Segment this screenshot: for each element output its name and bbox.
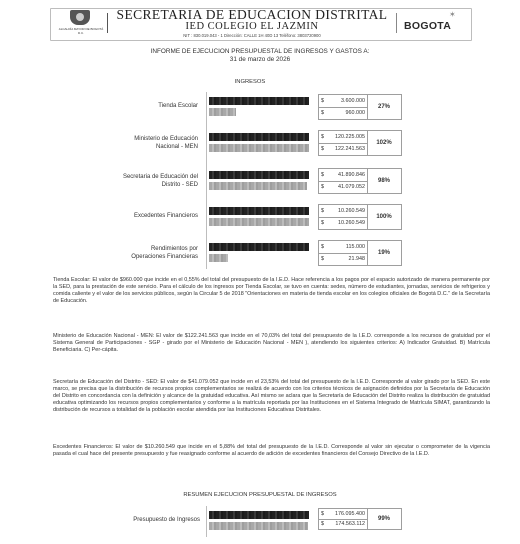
value-table: $115.000$21.94819% (318, 240, 402, 266)
executed-amount: 174.563.112 (335, 521, 365, 527)
currency-symbol: $ (321, 172, 324, 178)
value-table: $10.260.549$10.260.549100% (318, 204, 402, 230)
currency-symbol: $ (321, 110, 324, 116)
coat-of-arms-icon: ALCALDÍA MAYOR DE BOGOTÁ D.C. (56, 9, 106, 37)
executed-bar (209, 108, 236, 116)
category-label: Presupuesto de Ingresos (70, 516, 200, 524)
executed-amount: 960.000 (346, 110, 366, 116)
institution-info: NIT : 830.019.043 - 1 Dirección: CALLE 1… (110, 33, 394, 38)
currency-symbol: $ (321, 521, 324, 527)
budget-value: $3.600.000 (319, 95, 367, 107)
budget-bar (209, 243, 309, 251)
budget-bar (209, 97, 309, 105)
category-label: Excedentes Financieros (68, 212, 198, 220)
executed-value: $174.563.112 (319, 520, 367, 530)
header-divider (396, 13, 397, 33)
chart-axis (206, 92, 207, 269)
executed-bar (209, 254, 228, 262)
executed-bar (209, 218, 309, 226)
budget-bar (209, 511, 309, 519)
category-label: Tienda Escolar (68, 102, 198, 110)
currency-symbol: $ (321, 184, 324, 190)
currency-symbol: $ (321, 511, 324, 517)
category-label: Secretaria de Educación delDistrito - SE… (68, 173, 198, 189)
execution-percent: 102% (368, 131, 400, 155)
report-title: INFORME DE EJECUCION PRESUPUESTAL DE ING… (120, 48, 400, 55)
budget-amount: 120.225.005 (335, 134, 365, 140)
header-divider (107, 13, 108, 33)
budget-amount: 176.095.400 (335, 511, 365, 517)
paragraph-men: Ministerio de Educación Nacional - MEN: … (53, 333, 490, 354)
executed-bar (209, 144, 309, 152)
value-table: $176.095.400$174.563.11299% (318, 508, 402, 530)
value-table: $41.890.846$41.079.05298% (318, 168, 402, 194)
chart-title: INGRESOS (200, 79, 300, 85)
executed-value: $10.260.549 (319, 218, 367, 230)
executed-amount: 122.241.563 (335, 146, 365, 152)
executed-amount: 41.079.052 (338, 184, 365, 190)
currency-symbol: $ (321, 220, 324, 226)
execution-percent: 100% (368, 205, 400, 229)
category-label: Rendimientos porOperaciones Financieras (68, 245, 198, 261)
currency-symbol: $ (321, 134, 324, 140)
budget-amount: 3.600.000 (341, 98, 365, 104)
executed-bar (209, 182, 307, 190)
executed-value: $41.079.052 (319, 182, 367, 194)
bogota-logo: BOGOTA (404, 20, 451, 32)
school-name: IED COLEGIO EL JAZMIN (110, 21, 394, 32)
executed-value: $960.000 (319, 108, 367, 120)
executed-amount: 21.948 (349, 256, 366, 262)
paragraph-tienda-escolar: Tienda Escolar: El valor de $960.000 que… (53, 277, 490, 305)
executed-value: $122.241.563 (319, 144, 367, 156)
budget-bar (209, 133, 309, 141)
budget-amount: 115.000 (346, 244, 365, 250)
budget-value: $176.095.400 (319, 509, 367, 519)
paragraph-sed: Secretaría de Educación del Distrito - S… (53, 379, 490, 414)
chart-axis (206, 506, 207, 537)
budget-value: $115.000 (319, 241, 367, 253)
budget-amount: 41.890.846 (338, 172, 365, 178)
executed-amount: 10.260.549 (338, 220, 365, 226)
budget-value: $41.890.846 (319, 169, 367, 181)
budget-amount: 10.260.549 (338, 208, 365, 214)
currency-symbol: $ (321, 208, 324, 214)
execution-percent: 99% (368, 509, 400, 529)
paragraph-excedentes: Excedentes Financieros: El valor de $10.… (53, 444, 490, 458)
budget-value: $10.260.549 (319, 205, 367, 217)
category-label: Ministerio de EducaciónNacional - MEN (68, 135, 198, 151)
bogota-star-icon: ✶ (449, 10, 456, 19)
execution-percent: 98% (368, 169, 400, 193)
currency-symbol: $ (321, 146, 324, 152)
summary-chart-title: RESUMEN EJECUCION PRESUPUESTAL DE INGRES… (150, 492, 370, 498)
currency-symbol: $ (321, 244, 324, 250)
executed-bar (209, 522, 308, 530)
execution-percent: 27% (368, 95, 400, 119)
report-date: 31 de marzo de 2026 (120, 56, 400, 63)
value-table: $3.600.000$960.00027% (318, 94, 402, 120)
budget-bar (209, 207, 309, 215)
currency-symbol: $ (321, 256, 324, 262)
budget-value: $120.225.005 (319, 131, 367, 143)
left-logo-caption: ALCALDÍA MAYOR DE BOGOTÁ D.C. (56, 27, 106, 35)
execution-percent: 19% (368, 241, 400, 265)
executed-value: $21.948 (319, 254, 367, 266)
value-table: $120.225.005$122.241.563102% (318, 130, 402, 156)
budget-bar (209, 171, 309, 179)
currency-symbol: $ (321, 98, 324, 104)
